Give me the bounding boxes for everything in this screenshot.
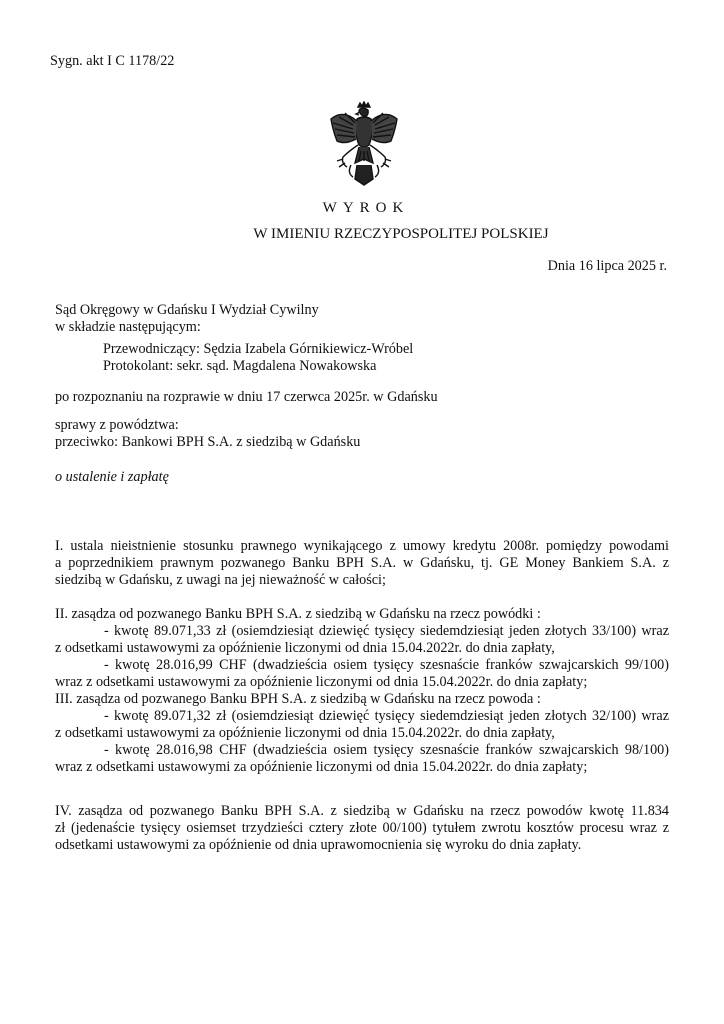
ruling-2-interest-pln: z odsetkami ustawowymi za opóźnienie lic… xyxy=(55,640,669,657)
ruling-point-4: IV. zasądza od pozwanego Banku BPH S.A. … xyxy=(55,803,669,854)
ruling-2-interest-chf: wraz z odsetkami ustawowymi za opóźnieni… xyxy=(55,674,669,691)
ruling-1-line: a poprzednikiem prawnym pozwanego Banku … xyxy=(55,555,669,572)
polish-eagle-emblem-icon xyxy=(327,101,401,187)
ruling-3-interest-pln: z odsetkami ustawowymi za opóźnienie lic… xyxy=(55,725,669,742)
document-subtitle: W IMIENIU RZECZYPOSPOLITEJ POLSKIEJ xyxy=(0,226,724,243)
ruling-3-interest-chf: wraz z odsetkami ustawowymi za opóźnieni… xyxy=(55,759,669,776)
ruling-1-line: I. ustala nieistnienie stosunku prawnego… xyxy=(55,538,669,555)
ruling-4-line: odsetkami ustawowymi za opóźnienie od dn… xyxy=(55,837,669,854)
ruling-2-amount-chf: - kwotę 28.016,99 CHF (dwadzieścia osiem… xyxy=(55,657,669,674)
court-block: Sąd Okręgowy w Gdańsku I Wydział Cywilny… xyxy=(55,302,319,336)
ruling-2-head: II. zasądza od pozwanego Banku BPH S.A. … xyxy=(55,606,669,623)
ruling-1-line: siedzibą w Gdańsku, z uwagi na jej niewa… xyxy=(55,572,669,589)
presiding-judge: Przewodniczący: Sędzia Izabela Górnikiew… xyxy=(55,341,413,358)
judgment-date: Dnia 16 lipca 2025 r. xyxy=(548,258,667,275)
document-title: WYROK xyxy=(0,200,724,217)
ruling-4-line: IV. zasądza od pozwanego Banku BPH S.A. … xyxy=(55,803,669,820)
parties-block: sprawy z powództwa: przeciwko: Bankowi B… xyxy=(55,417,360,451)
hearing-info: po rozpoznaniu na rozprawie w dniu 17 cz… xyxy=(55,389,438,406)
case-signature: Sygn. akt I C 1178/22 xyxy=(50,53,174,70)
ruling-point-1: I. ustala nieistnienie stosunku prawnego… xyxy=(55,538,669,589)
ruling-point-3: III. zasądza od pozwanego Banku BPH S.A.… xyxy=(55,691,669,776)
ruling-point-2: II. zasądza od pozwanego Banku BPH S.A. … xyxy=(55,606,669,691)
ruling-3-amount-chf: - kwotę 28.016,98 CHF (dwadzieścia osiem… xyxy=(55,742,669,759)
ruling-3-amount-pln: - kwotę 89.071,32 zł (osiemdziesiąt dzie… xyxy=(55,708,669,725)
ruling-4-line: zł (jedenaście tysięcy osiemset trzydzie… xyxy=(55,820,669,837)
panel-block: Przewodniczący: Sędzia Izabela Górnikiew… xyxy=(55,341,413,375)
plaintiff-label: sprawy z powództwa: xyxy=(55,417,360,434)
court-name: Sąd Okręgowy w Gdańsku I Wydział Cywilny xyxy=(55,302,319,319)
ruling-2-amount-pln: - kwotę 89.071,33 zł (osiemdziesiąt dzie… xyxy=(55,623,669,640)
defendant: przeciwko: Bankowi BPH S.A. z siedzibą w… xyxy=(55,434,360,451)
court-composition-label: w składzie następującym: xyxy=(55,319,319,336)
case-subject: o ustalenie i zapłatę xyxy=(55,469,169,486)
court-clerk: Protokolant: sekr. sąd. Magdalena Nowako… xyxy=(55,358,413,375)
ruling-3-head: III. zasądza od pozwanego Banku BPH S.A.… xyxy=(55,691,669,708)
